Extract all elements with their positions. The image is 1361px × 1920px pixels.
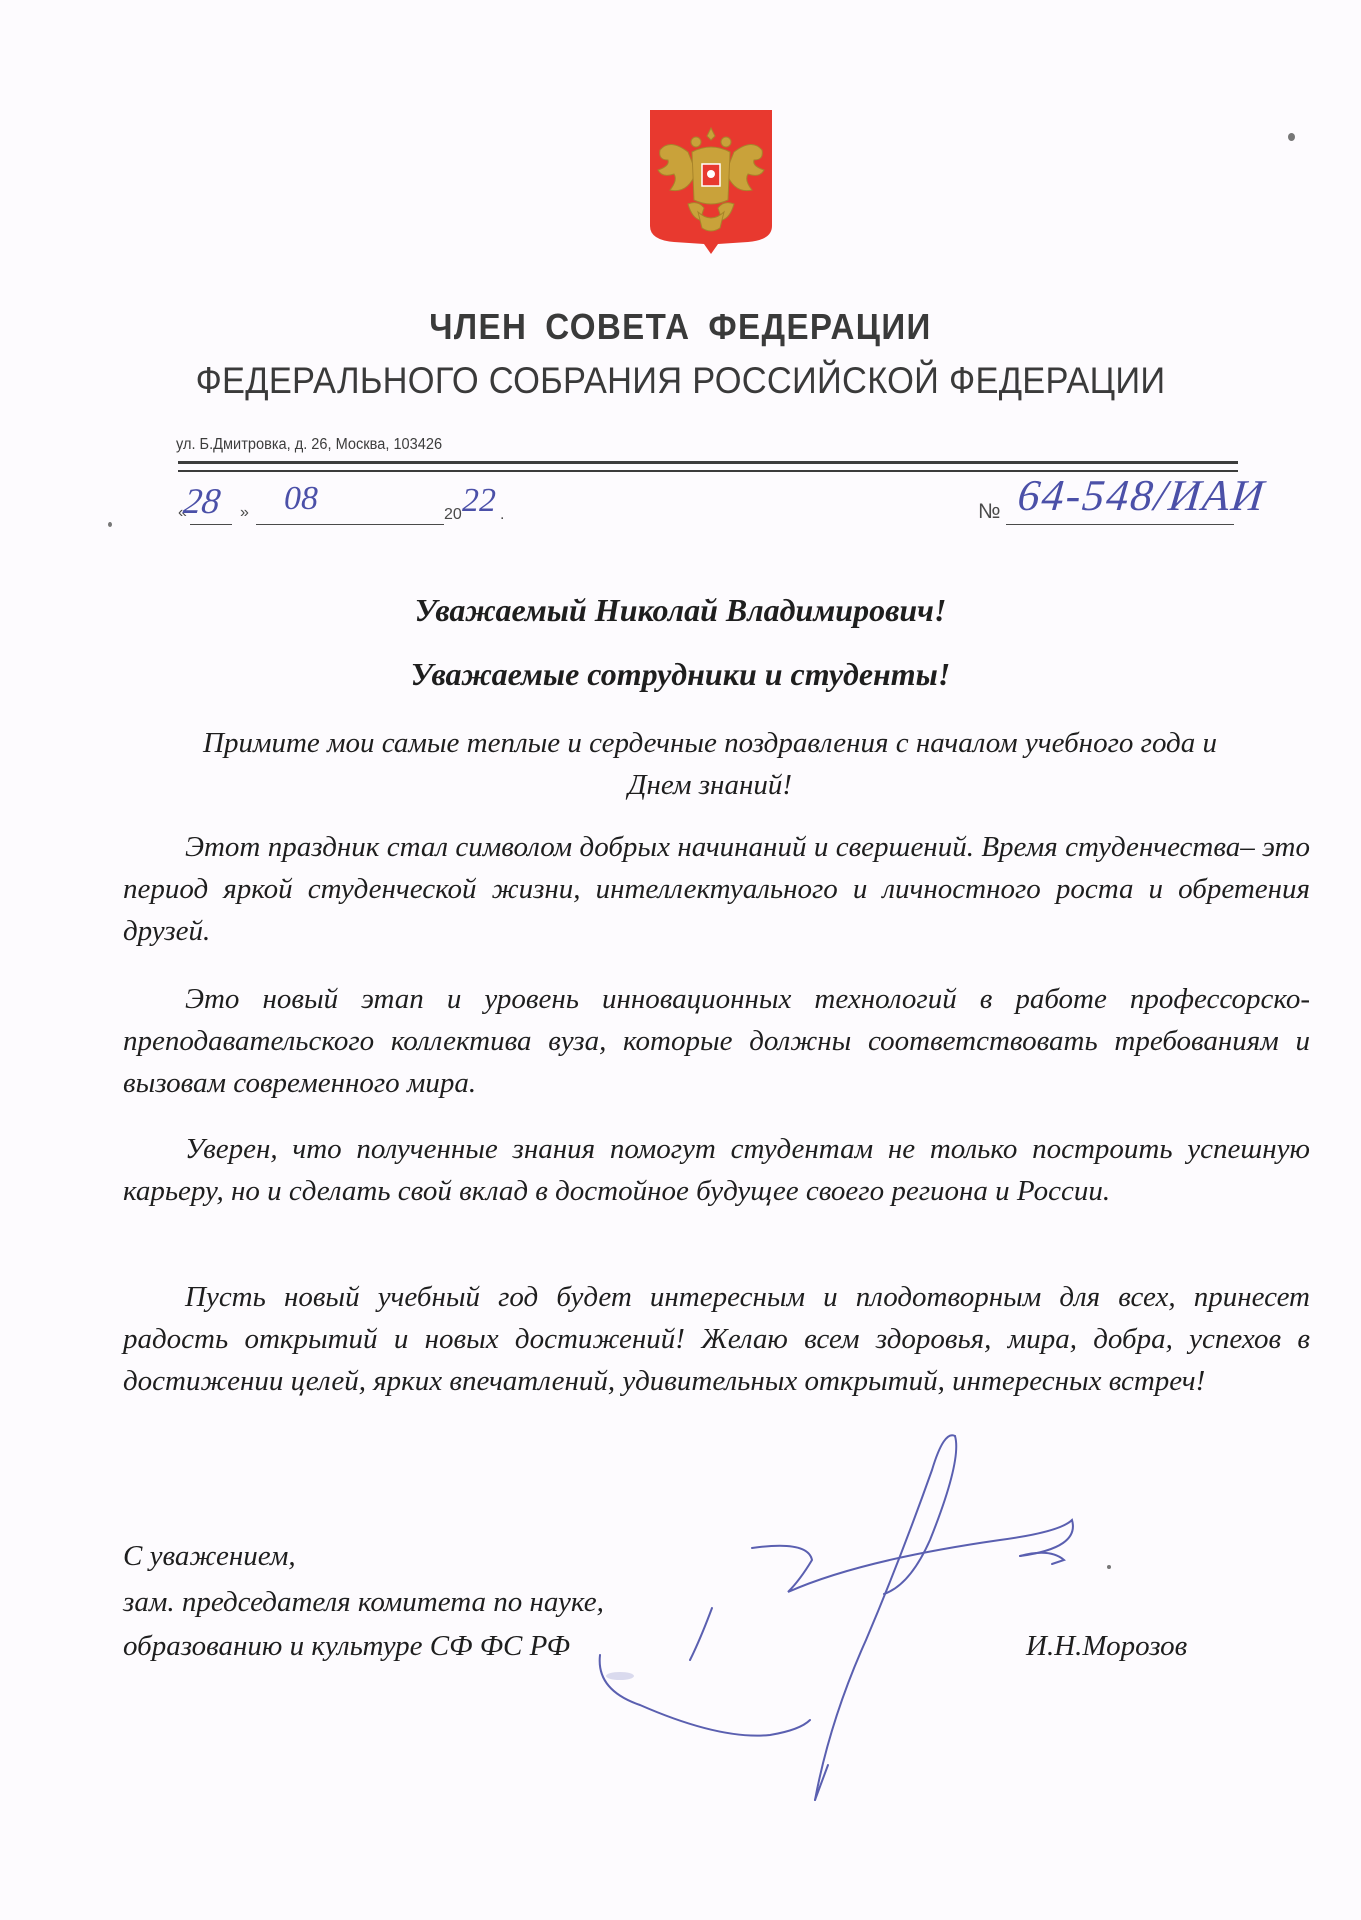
body-paragraph: Этот праздник стал символом добрых начин… (123, 826, 1310, 952)
signer-position-line2: образованию и культуре СФ ФС РФ (123, 1624, 570, 1668)
number-value: 64-548/ИАИ (1015, 470, 1268, 521)
number-label: № (978, 500, 1001, 524)
number-underline (1006, 524, 1234, 525)
double-headed-eagle-icon (648, 108, 774, 254)
date-year-prefix: 20 (444, 506, 462, 524)
closing-salutation: С уважением, (123, 1534, 296, 1578)
letterhead-title: ЧЛЕН СОВЕТА ФЕДЕРАЦИИ (54, 306, 1306, 348)
coat-of-arms-emblem (648, 108, 774, 254)
date-close-quote: » (240, 504, 249, 522)
date-month: 08 (284, 480, 318, 518)
body-paragraph: Пусть новый учебный год будет интересным… (123, 1276, 1310, 1402)
date-month-underline (256, 524, 444, 525)
date-year-handwritten: 22 (462, 482, 496, 520)
date-year-suffix: . (500, 506, 504, 524)
signer-position-line1: зам. председателя комитета по науке, (123, 1580, 604, 1624)
date-day-underline (190, 524, 232, 525)
letterhead-subtitle: ФЕДЕРАЛЬНОГО СОБРАНИЯ РОССИЙСКОЙ ФЕДЕРАЦ… (48, 360, 1314, 402)
scan-speck (108, 522, 112, 527)
greeting-staff-students: Уважаемые сотрудники и студенты! (0, 656, 1361, 693)
body-paragraph: Уверен, что полученные знания помогут ст… (123, 1128, 1310, 1212)
scan-speck (1107, 1565, 1111, 1569)
signer-name: И.Н.Морозов (1026, 1624, 1187, 1668)
scan-speck (1288, 133, 1295, 141)
body-paragraph: Это новый этап и уровень инновационных т… (123, 978, 1310, 1104)
greeting-addressee: Уважаемый Николай Владимирович! (0, 592, 1361, 629)
letterhead-divider (178, 461, 1238, 464)
letterhead-address: ул. Б.Дмитровка, д. 26, Москва, 103426 (176, 436, 442, 454)
date-day: 28 (181, 480, 223, 522)
intro-congratulation: Примите мои самые теплые и сердечные поз… (180, 722, 1240, 806)
